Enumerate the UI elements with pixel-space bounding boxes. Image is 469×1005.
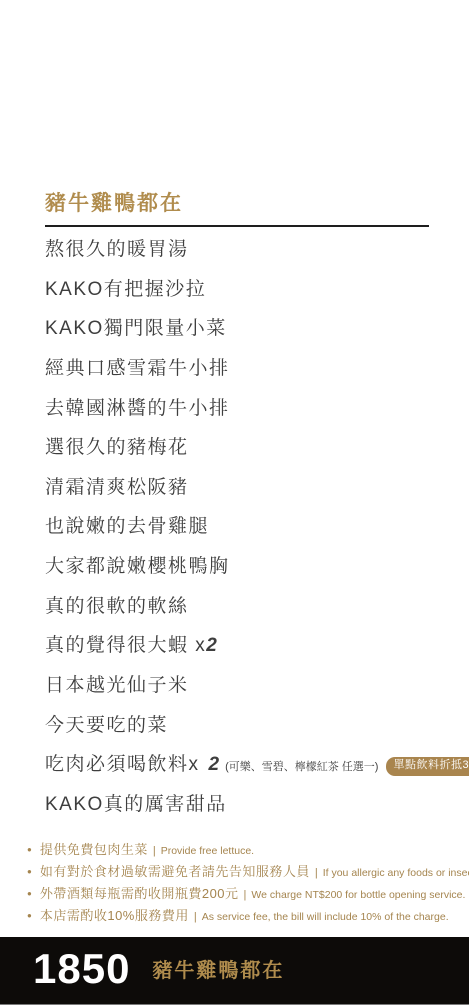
menu-item-quantity: 2 (206, 635, 217, 656)
note-item: ●如有對於食材過敏需避免者請先告知服務人員|If you allergic an… (27, 861, 469, 883)
notes-list: ●提供免費包肉生菜|Provide free lettuce. ●如有對於食材過… (27, 839, 469, 927)
menu-item: 去韓國淋醬的牛小排 (45, 398, 469, 438)
menu-item-label: 也說嫩的去骨雞腿 (45, 516, 209, 537)
note-en: We charge NT$200 for bottle opening serv… (251, 889, 465, 901)
note-separator: | (244, 889, 247, 901)
menu-item: 今天要吃的菜 (45, 715, 469, 755)
note-item: ●提供免費包肉生菜|Provide free lettuce. (27, 839, 469, 861)
menu-item-label: 真的很軟的軟絲 (45, 596, 189, 617)
note-separator: | (194, 911, 197, 923)
menu-item: KAKO真的厲害甜品 (45, 794, 469, 834)
note-en: Provide free lettuce. (161, 845, 254, 857)
menu-item-label: KAKO真的厲害甜品 (45, 794, 227, 815)
menu-item-label: 清霜清爽松阪豬 (45, 477, 189, 498)
set-price: 1850 (33, 948, 130, 990)
note-separator: | (315, 867, 318, 879)
menu-item: 真的覺得很大蝦 x2 (45, 635, 469, 675)
price-bar: 1850 豬牛雞鴨都在 (0, 937, 469, 1005)
price-bar-title: 豬牛雞鴨都在 (152, 954, 284, 983)
menu-item-quantity: 2 (209, 754, 220, 775)
menu-item-label: KAKO獨門限量小菜 (45, 318, 227, 339)
menu-item: KAKO獨門限量小菜 (45, 318, 469, 358)
menu-item-label: 今天要吃的菜 (45, 715, 168, 736)
menu-item-label: 日本越光仙子米 (45, 675, 189, 696)
note-zh: 提供免費包肉生菜 (40, 842, 148, 857)
bullet-icon: ● (27, 867, 32, 876)
note-en: If you allergic any foods or insects? te… (323, 867, 469, 879)
menu-item: 選很久的豬梅花 (45, 437, 469, 477)
menu-item: 大家都說嫩櫻桃鴨胸 (45, 556, 469, 596)
drink-discount-badge: 單點飲料折抵30元一杯 (386, 757, 469, 776)
menu-item-label: 經典口感雪霜牛小排 (45, 358, 230, 379)
menu-page: 豬牛雞鴨都在 熬很久的暖胃湯 KAKO有把握沙拉 KAKO獨門限量小菜 經典口感… (0, 0, 469, 1005)
menu-item-label: KAKO有把握沙拉 (45, 279, 206, 300)
drink-options-note: (可樂、雪碧、檸檬紅茶 任選一) (225, 761, 378, 773)
menu-item-label: 去韓國淋醬的牛小排 (45, 398, 230, 419)
note-item: ●本店需酌收10%服務費用|As service fee, the bill w… (27, 905, 469, 927)
menu-item-label: 吃肉必須喝飲料x (45, 754, 200, 775)
note-en: As service fee, the bill will include 10… (202, 911, 449, 923)
note-zh: 外帶酒類每瓶需酌收開瓶費200元 (40, 886, 239, 901)
divider-line (45, 225, 429, 227)
note-item: ●外帶酒類每瓶需酌收開瓶費200元|We charge NT$200 for b… (27, 883, 469, 905)
menu-item: 熬很久的暖胃湯 (45, 239, 469, 279)
note-separator: | (153, 845, 156, 857)
menu-item-label: 熬很久的暖胃湯 (45, 239, 189, 260)
menu-item: KAKO有把握沙拉 (45, 279, 469, 319)
note-zh: 如有對於食材過敏需避免者請先告知服務人員 (40, 864, 310, 879)
menu-item-label: 選很久的豬梅花 (45, 437, 189, 458)
section-title: 豬牛雞鴨都在 (45, 192, 429, 216)
menu-item: 清霜清爽松阪豬 (45, 477, 469, 517)
menu-item: 日本越光仙子米 (45, 675, 469, 715)
bullet-icon: ● (27, 911, 32, 920)
bullet-icon: ● (27, 889, 32, 898)
bullet-icon: ● (27, 845, 32, 854)
menu-item: 經典口感雪霜牛小排 (45, 358, 469, 398)
note-zh: 本店需酌收10%服務費用 (40, 908, 189, 923)
menu-item: 也說嫩的去骨雞腿 (45, 516, 469, 556)
menu-item-drink: 吃肉必須喝飲料x2(可樂、雪碧、檸檬紅茶 任選一)單點飲料折抵30元一杯 (45, 754, 469, 794)
menu-item-label: 大家都說嫩櫻桃鴨胸 (45, 556, 230, 577)
menu-item: 真的很軟的軟絲 (45, 596, 469, 636)
menu-item-label: 真的覺得很大蝦 x (45, 635, 206, 656)
section-header: 豬牛雞鴨都在 (45, 192, 429, 227)
menu-list: 熬很久的暖胃湯 KAKO有把握沙拉 KAKO獨門限量小菜 經典口感雪霜牛小排 去… (45, 239, 469, 834)
